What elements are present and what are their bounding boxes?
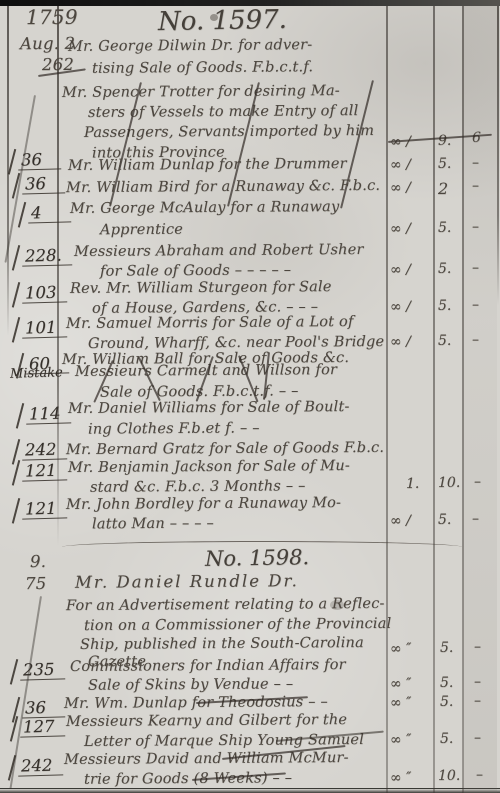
entry-line: Mr. Daniel Williams for Sale of Boult-: [68, 399, 350, 417]
amount-pence: –: [472, 511, 479, 527]
amount-pence: –: [474, 730, 481, 746]
folio-number: 36: [22, 173, 66, 194]
margin-year: 1759: [26, 5, 78, 29]
amount-shillings: 5.: [438, 333, 451, 349]
amount-shillings: 5.: [438, 220, 451, 236]
entry-line: sters of Vessels to make Entry of all: [88, 103, 359, 121]
entry-line: Mr. Samuel Morris for Sale of a Lot of: [66, 314, 354, 332]
folio-mistake-label: Mistake: [10, 365, 63, 381]
page-bottom-edge: [0, 788, 500, 793]
entry-line: Apprentice: [100, 222, 183, 239]
amount-pence: –: [472, 219, 479, 235]
amount-shillings: 5.: [438, 512, 451, 528]
folio-number: 36: [22, 697, 66, 718]
folio-number: 36: [18, 149, 62, 170]
amount-shillings: 5.: [438, 298, 451, 314]
entry-line: Mr. Spencer Trotter for desiring Ma-: [62, 83, 340, 101]
folio-number: 228.: [22, 245, 72, 266]
amount-pounds: ∞ /: [390, 221, 411, 237]
ledger-page: No. 1597. 1759 Aug. 2 262 Mr. George Dil…: [0, 0, 500, 793]
amount-pounds: ∞ /: [390, 157, 411, 173]
amount-pence: –: [472, 260, 479, 276]
folio-number: 242: [22, 439, 67, 460]
entry-line: Mr. Daniel Rundle Dr.: [75, 571, 299, 592]
amount-pounds: ∞ /: [390, 180, 411, 196]
amount-shillings: 2: [438, 179, 448, 198]
entry-line: Mr. George Dilwin Dr. for adver-: [68, 37, 312, 55]
amount-shillings: 5.: [438, 261, 451, 277]
amount-pence: –: [472, 297, 479, 313]
amount-pounds: 1.: [406, 476, 419, 492]
entry-line: latto Man – – – –: [92, 516, 214, 533]
entry-line: Mr. John Bordley for a Runaway Mo-: [66, 495, 341, 513]
entry-line: for Sale of Goods – – – – –: [100, 262, 291, 279]
amount-pounds: ∞ /: [390, 262, 411, 278]
entry-line: For an Advertisement relating to a Refle…: [66, 596, 385, 614]
entry-line: Messieurs Kearny and Gilbert for the: [66, 712, 347, 730]
entry-line: Sale of Skins by Vendue – –: [88, 676, 293, 693]
amount-shillings: 5.: [440, 731, 453, 747]
amount-shillings: 5.: [438, 156, 451, 172]
entry-line: ing Clothes F.b.et f. – –: [88, 420, 260, 437]
amount-pence: –: [472, 178, 479, 194]
margin-number: 9.: [30, 552, 46, 571]
amount-pounds: ∞ /: [390, 299, 411, 315]
entry-line: Mr. William Dunlap for the Drummer: [68, 156, 347, 174]
entry-line: Commissioners for Indian Affairs for: [70, 657, 346, 675]
amount-shillings: 5.: [440, 675, 453, 691]
amount-pence: –: [472, 332, 479, 348]
column-rule-right-edge: [497, 6, 499, 306]
folio-number: 121: [22, 498, 67, 519]
amount-pounds: ∞ ″: [390, 732, 411, 748]
entry-line: Ship, published in the South-Carolina: [80, 635, 364, 653]
entry-line: Rev. Mr. William Sturgeon for Sale: [70, 279, 332, 297]
amount-pounds: ∞ ″: [390, 695, 411, 711]
amount-pence: –: [472, 155, 479, 171]
entry-line: trie for Goods (8 Weeks) – –: [84, 770, 292, 787]
amount-pence: 6: [472, 130, 481, 146]
entry-number-heading: No. 1597.: [158, 5, 287, 37]
amount-pence: –: [474, 693, 481, 709]
amount-pence: –: [474, 474, 481, 490]
amount-pence: –: [474, 674, 481, 690]
entry-line: stard &c. F.b.c. 3 Months – –: [90, 478, 306, 496]
entry-line: Mr. Benjamin Jackson for Sale of Mu-: [68, 458, 350, 476]
folio-number: 101: [22, 317, 67, 338]
amount-pounds: ∞ /: [390, 513, 411, 529]
entry-line: Mr. Bernard Gratz for Sale of Goods F.b.…: [66, 440, 384, 458]
entry-line: Messieurs David and William McMur-: [64, 750, 349, 768]
folio-number: 242: [18, 755, 63, 776]
amount-pence: –: [474, 639, 481, 655]
amount-shillings: 9.: [438, 133, 451, 149]
amount-shillings: 5.: [440, 694, 453, 710]
folio-number: 121: [22, 460, 67, 481]
folio-number: 235: [20, 659, 65, 680]
amount-shillings: 10.: [438, 768, 460, 784]
amount-pounds: ∞ ″: [390, 770, 411, 786]
amount-shillings: 10.: [438, 475, 460, 491]
column-rule-pounds: [386, 6, 388, 793]
folio-number: 114: [26, 403, 71, 424]
amount-pounds: ∞ ″: [390, 641, 411, 657]
entry-line: Mr. William Bird for a Runaway &c. F.b.c…: [66, 178, 380, 196]
amount-pounds: ∞ /: [390, 334, 411, 350]
entry-line: tion on a Commissioner of the Provincial: [84, 616, 392, 634]
amount-pounds: ∞ ″: [390, 676, 411, 692]
amount-shillings: 5.: [440, 640, 453, 656]
entry-number-heading: No. 1598.: [205, 545, 310, 571]
folio-number: 103: [22, 282, 67, 303]
entry-line: Messieurs Abraham and Robert Usher: [74, 242, 364, 260]
folio-number: 4: [28, 202, 72, 223]
margin-folio: 75: [25, 574, 47, 593]
entry-line: tising Sale of Goods. F.b.c.t.f.: [92, 59, 313, 77]
amount-pence: –: [476, 767, 483, 783]
entry-line: Mr. George McAulay for a Runaway: [70, 199, 339, 217]
folio-number: 127: [20, 716, 65, 737]
column-rule-shillings: [433, 6, 435, 793]
